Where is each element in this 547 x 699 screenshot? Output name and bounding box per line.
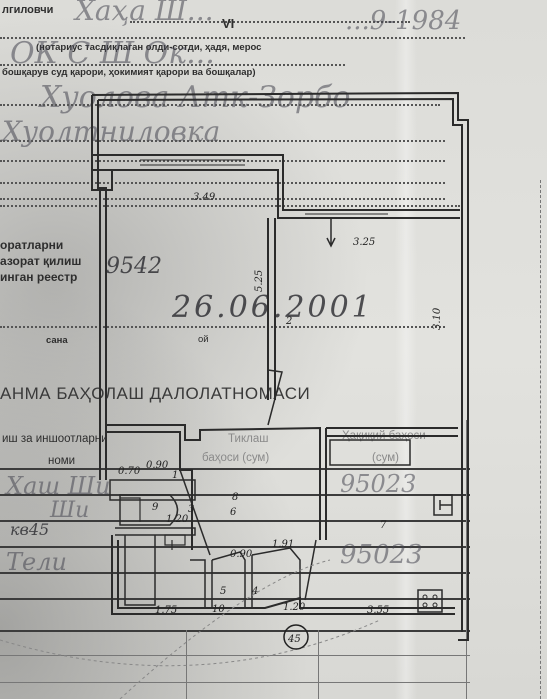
svg-text:8: 8 [232,492,238,503]
svg-text:1.20: 1.20 [166,514,189,525]
svg-text:1.75: 1.75 [155,605,177,616]
svg-text:10: 10 [212,604,225,615]
svg-text:1.91: 1.91 [272,539,294,550]
svg-text:1.20: 1.20 [283,602,306,613]
svg-text:0.90: 0.90 [146,460,169,471]
svg-text:6: 6 [230,507,237,518]
svg-text:45: 45 [287,634,301,645]
svg-text:3.55: 3.55 [367,605,389,616]
svg-text:0.90: 0.90 [230,549,253,560]
svg-text:0.70: 0.70 [118,466,141,477]
svg-text:3.49: 3.49 [193,192,216,203]
svg-text:4: 4 [251,586,258,597]
svg-text:9: 9 [152,502,159,513]
svg-text:3.10: 3.10 [432,307,443,330]
svg-text:3: 3 [188,504,194,515]
floor-plan: 45 3.49 3.25 5.25 3.10 0.70 0.90 1.20 1.… [0,0,547,699]
svg-text:5.25: 5.25 [254,270,265,292]
svg-text:7: 7 [380,520,387,531]
svg-text:5: 5 [220,586,226,597]
svg-text:2: 2 [285,316,292,327]
svg-text:3.25: 3.25 [353,237,375,248]
svg-text:1: 1 [172,470,178,481]
